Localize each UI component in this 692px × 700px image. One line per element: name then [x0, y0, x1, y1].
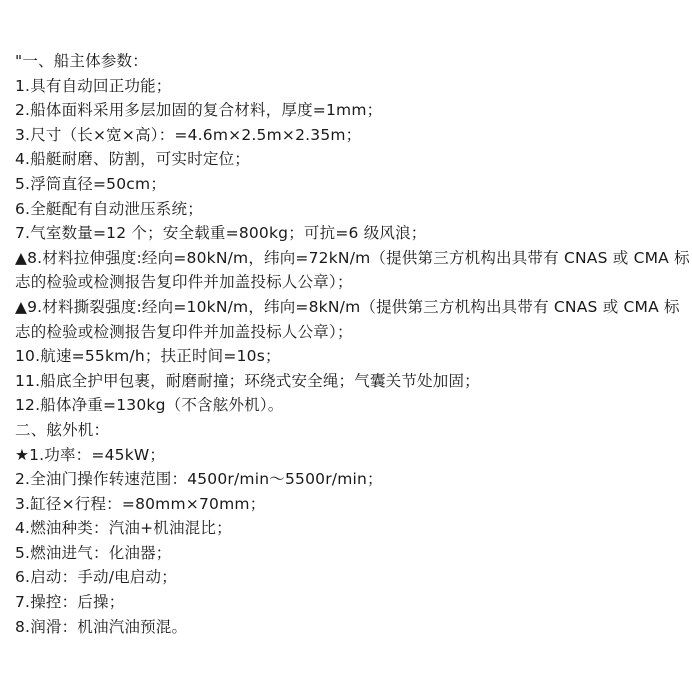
list-item: 3.尺寸（长×宽×高）：=4.6m×2.5m×2.35m； [15, 123, 685, 148]
section-hull-parameters: "一、船主体参数： 1.具有自动回正功能； 2.船体面料采用多层加固的复合材料，… [15, 49, 685, 418]
section-title: "一、船主体参数： [15, 49, 685, 74]
list-item: 11.船底全护甲包裹，耐磨耐撞；环绕式安全绳；气囊关节处加固； [15, 369, 685, 394]
list-item: 2.船体面料采用多层加固的复合材料，厚度=1mm； [15, 98, 685, 123]
list-item: 4.燃油种类：汽油+机油混比； [15, 516, 685, 541]
list-item: 8.润滑：机油汽油预混。 [15, 615, 685, 640]
list-item: 3.缸径×行程：=80mm×70mm； [15, 492, 685, 517]
document-body: "一、船主体参数： 1.具有自动回正功能； 2.船体面料采用多层加固的复合材料，… [15, 49, 685, 639]
list-item-key-requirement: ▲9.材料撕裂强度:经向=10kN/m，纬向=8kN/m（提供第三方机构出具带有… [15, 295, 685, 320]
list-item-star-requirement: ★1.功率：=45kW； [15, 443, 685, 468]
list-item: 5.浮筒直径=50cm； [15, 172, 685, 197]
list-item: 7.气室数量=12 个；安全载重=800kg；可抗=6 级风浪； [15, 221, 685, 246]
list-item: 7.操控：后操； [15, 590, 685, 615]
list-item: 12.船体净重=130kg（不含舷外机）。 [15, 393, 685, 418]
list-item: 6.全艇配有自动泄压系统； [15, 197, 685, 222]
list-item: 2.全油门操作转速范围：4500r/min～5500r/min； [15, 467, 685, 492]
section-title: 二、舷外机： [15, 418, 685, 443]
list-item-key-requirement: ▲8.材料拉伸强度:经向=80kN/m，纬向=72kN/m（提供第三方机构出具带… [15, 246, 685, 271]
list-item: 6.启动：手动/电启动； [15, 565, 685, 590]
list-item: 1.具有自动回正功能； [15, 74, 685, 99]
list-item: 4.船艇耐磨、防割，可实时定位； [15, 147, 685, 172]
section-outboard-motor: 二、舷外机： ★1.功率：=45kW； 2.全油门操作转速范围：4500r/mi… [15, 418, 685, 639]
list-item: 10.航速=55km/h；扶正时间=10s； [15, 344, 685, 369]
list-item-continuation: 志的检验或检测报告复印件并加盖投标人公章）； [15, 270, 685, 295]
list-item-continuation: 志的检验或检测报告复印件并加盖投标人公章）； [15, 320, 685, 345]
list-item: 5.燃油进气：化油器； [15, 541, 685, 566]
